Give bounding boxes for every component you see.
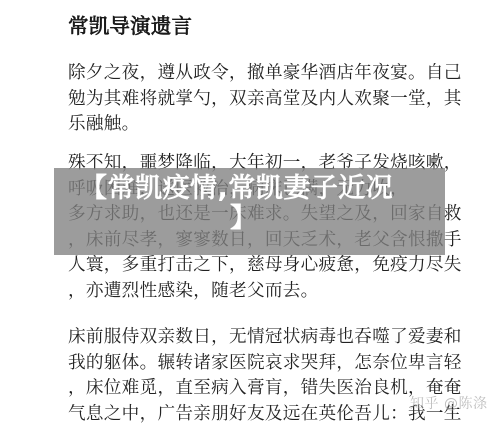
text-line: ，亦遭烈性感染，随老父而去。 — [68, 279, 460, 305]
text-line: 乐融触。 — [68, 112, 460, 138]
headline-overlay-title: 【常凯疫情,常凯妻子近况 】 — [80, 174, 440, 234]
headline-overlay-banner: 【常凯疫情,常凯妻子近况 】 — [54, 168, 445, 255]
headline-line-2: 】 — [80, 204, 440, 234]
text-line: 我的躯体。辗转诸家医院哀求哭拜，怎奈位卑言轻 — [68, 351, 460, 377]
text-line: 床前服侍双亲数日，无情冠状病毒也吞噬了爱妻和 — [68, 325, 460, 351]
text-line: 气息之中，广告亲朋好友及远在英伦吾儿：我一生 — [68, 402, 460, 425]
text-line: 人寰，多重打击之下，慈母身心疲惫，免疫力尽失 — [68, 253, 460, 279]
document-title: 常凯导演遗言 — [68, 12, 192, 40]
text-line: 除夕之夜，遵从政令，撤单豪华酒店年夜宴。自己 — [68, 61, 460, 87]
text-line: 勉为其难将就掌勺，双亲高堂及内人欢聚一堂，其 — [68, 87, 460, 113]
paragraph-3: 床前服侍双亲数日，无情冠状病毒也吞噬了爱妻和 我的躯体。辗转诸家医院哀求哭拜，怎… — [68, 325, 460, 425]
paragraph-1: 除夕之夜，遵从政令，撤单豪华酒店年夜宴。自己 勉为其难将就掌勺，双亲高堂及内人欢… — [68, 61, 460, 138]
zhihu-watermark: 知乎 @陈涤 — [410, 393, 487, 413]
text-line: ，床位难觅，直至病入膏肓，错失医治良机，奄奄 — [68, 376, 460, 402]
headline-line-1: 【常凯疫情,常凯妻子近况 — [80, 173, 393, 204]
